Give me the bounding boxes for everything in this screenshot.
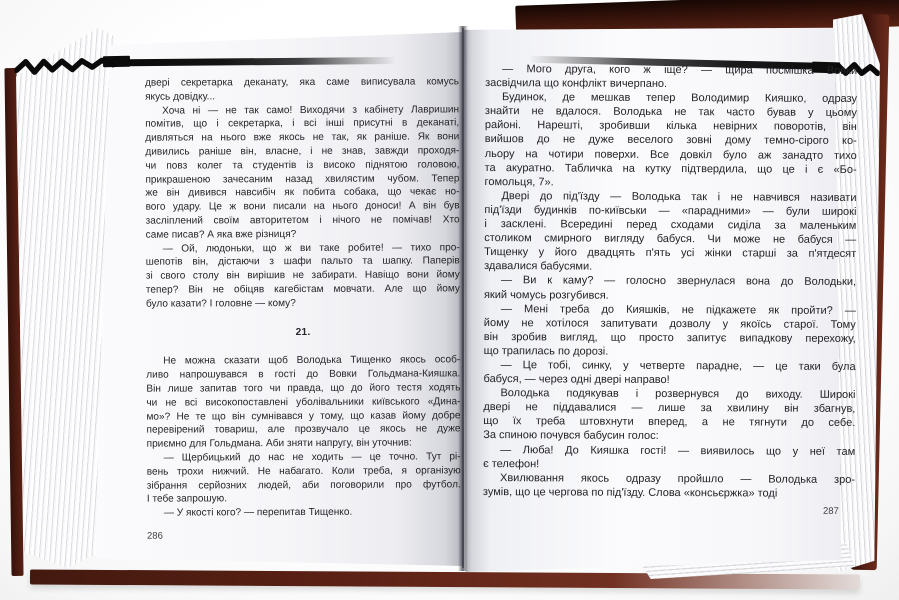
right-page-text-blocks: — Мого друга, кого ж іще? — щира посмішк… bbox=[483, 62, 857, 501]
text-line: льору на чотири поверхи. Все довкіл було… bbox=[485, 147, 857, 163]
paragraph: Володька подякував і розвернувся до вихо… bbox=[483, 386, 855, 444]
text-line: тепер? Він не обіцяв кагебістам мовчати.… bbox=[146, 282, 460, 297]
text-line: засліплений своїм авторитетом і нічого н… bbox=[146, 213, 460, 228]
text-line: зібрання серйозних людей, аби поговорили… bbox=[147, 478, 461, 493]
paragraph: — Щербицький до нас не ходить — це точно… bbox=[147, 450, 461, 507]
book-photo: двері секретарка деканату, яка саме випи… bbox=[0, 0, 899, 600]
gutter-line bbox=[462, 28, 464, 568]
paragraph: — У якості кого? — перепитав Тищенко. bbox=[147, 505, 461, 520]
text-line: — Ой, людоньки, що ж ви таке робите! — т… bbox=[146, 241, 460, 256]
text-line: Він лише запитав того чи правда, що до й… bbox=[146, 381, 460, 396]
page-number-right: 287 bbox=[483, 503, 855, 519]
text-line: приємно для Гольдмана. Аби зняти напругу… bbox=[147, 436, 461, 451]
text-line: вого удару. Це ж вони писали на нього до… bbox=[146, 199, 460, 214]
paragraph: — Мені треба до Кияшків, не підкажете як… bbox=[484, 302, 856, 360]
section-heading: 21. bbox=[146, 325, 460, 340]
paragraph: — Ви к каму? — голосно звернулася вона д… bbox=[484, 273, 856, 303]
right-page-text: — Мого друга, кого ж іще? — щира посмішк… bbox=[483, 62, 857, 519]
text-line: вень трохи нижчий. Не набагато. Коли тре… bbox=[147, 464, 461, 479]
text-line: двері секретарка деканату, яка саме випи… bbox=[145, 75, 459, 90]
text-line: дивились раніше він, власне, і не знав, … bbox=[145, 144, 459, 159]
text-line: шепотів він, дістаючи з шафи пальто та ш… bbox=[146, 255, 460, 270]
paragraph: Будинок, де мешкав тепер Володимир Кияшк… bbox=[485, 90, 858, 191]
text-line: чи не всі високопоставлені уболівальники… bbox=[146, 395, 460, 410]
paragraph: — Мого друга, кого ж іще? — щира посмішк… bbox=[485, 62, 857, 92]
paragraph: Хвилювання якось одразу пройшло — Володь… bbox=[483, 471, 855, 501]
paragraph: — Це тобі, синку, у четверте парадне, — … bbox=[483, 358, 855, 388]
text-line: — У якості кого? — перепитав Тищенко. bbox=[147, 505, 461, 520]
text-line: 21. bbox=[146, 325, 460, 340]
text-line: є телефон! bbox=[483, 457, 855, 473]
text-line: помітив, що і секретарка, і всі інші при… bbox=[145, 117, 459, 132]
paragraph: Не можна сказати щоб Володька Тищенко як… bbox=[146, 354, 460, 452]
text-line: було казати? І головне — кому? bbox=[146, 296, 460, 311]
left-page-text: двері секретарка деканату, яка саме випи… bbox=[145, 75, 461, 543]
text-line: зумів, що це чергова по під'їзду. Слова … bbox=[483, 485, 855, 501]
text-line: Хоча ні — не так само! Виходячи з кабіне… bbox=[145, 103, 459, 118]
paragraph: — Ой, людоньки, що ж ви таке робите! — т… bbox=[146, 241, 460, 311]
paragraph: — Люба! До Кияшка гості! — виявилось що … bbox=[483, 443, 855, 473]
text-line: перевірений товариш, але прозвучало це я… bbox=[146, 423, 460, 438]
text-line: — Щербицький до нас не ходить — це точно… bbox=[147, 450, 461, 465]
text-line: саме писав? А яка вже різниця? bbox=[146, 227, 460, 242]
text-line: І тебе запрошую. bbox=[147, 492, 461, 507]
text-line: Не можна сказати щоб Володька Тищенко як… bbox=[146, 354, 460, 369]
text-line: — Люба! До Кияшка гості! — виявилось що … bbox=[483, 443, 855, 459]
paragraph: Двері до під'їзду — Володька так і не на… bbox=[484, 189, 856, 276]
text-line: ливо напрошувався в гості до Вовки Гольд… bbox=[146, 367, 460, 382]
paragraph: Хоча ні — не так само! Виходячи з кабіне… bbox=[145, 103, 460, 242]
text-line: мо»? Не те що він сумнівався у тому, що … bbox=[146, 409, 460, 424]
paragraph: двері секретарка деканату, яка саме випи… bbox=[145, 75, 459, 104]
text-line: якусь довідку... bbox=[145, 89, 459, 104]
page-number-left: 286 bbox=[147, 528, 461, 543]
text-line: За спиною почувся бабусин голос: bbox=[483, 428, 855, 444]
text-line: прикрашеною зачесаним назад хвилястим чу… bbox=[145, 172, 459, 187]
text-line: вийшов до не дуже веселого зовні дому те… bbox=[485, 132, 857, 148]
text-line: який чомусь розгубився. bbox=[484, 288, 856, 304]
text-line: — Ви к каму? — голосно звернулася вона д… bbox=[484, 273, 856, 289]
left-page-text-blocks: двері секретарка деканату, яка саме випи… bbox=[145, 75, 461, 520]
text-line: чи повз колег та студентів із високо під… bbox=[145, 158, 459, 173]
text-line: же він дивився навсибіч як побита собака… bbox=[145, 186, 459, 201]
text-line: дивляться на нього вже якось не так, як … bbox=[145, 131, 459, 146]
text-line: зі свого столу він вирішив не забирати. … bbox=[146, 268, 460, 283]
text-line: — Мені треба до Кияшків, не підкажете як… bbox=[484, 302, 856, 318]
